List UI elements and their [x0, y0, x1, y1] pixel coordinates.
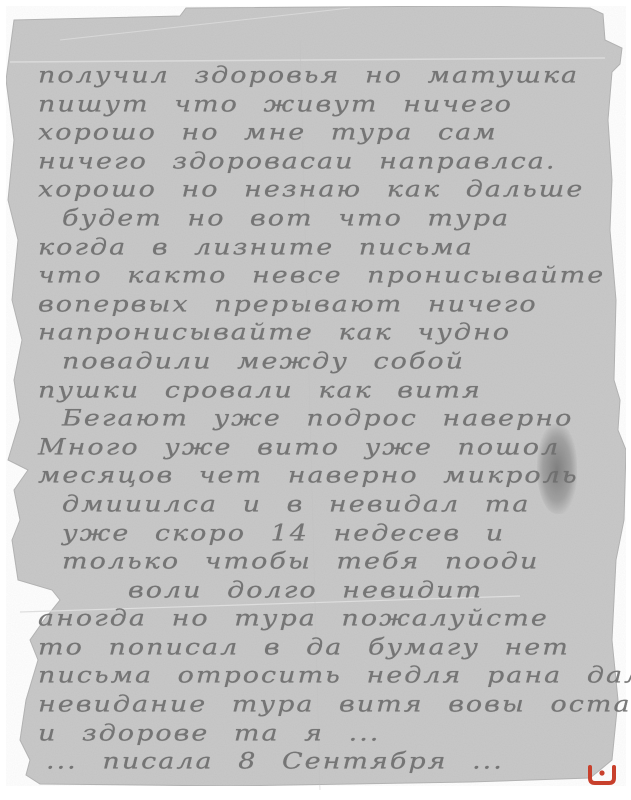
text-line: когда в лизните письма: [38, 236, 598, 259]
text-line: вопервых прерывают ничего: [38, 293, 598, 316]
text-line: ничего здоровасаи направлса.: [38, 150, 598, 173]
text-line: пушки сровали как витя: [38, 379, 598, 402]
text-line: дмииилса и в невидал та: [38, 493, 598, 516]
text-line: повадили между собой: [38, 351, 598, 374]
text-line: будет но вот что тура: [38, 208, 598, 231]
text-line: Бегают уже подрос наверно: [38, 408, 598, 431]
text-line: получил здоровья но матушка: [38, 65, 598, 88]
text-line: письма отросить недля рана далеко: [38, 665, 598, 688]
text-line: хорошо но мне тура сам: [38, 122, 598, 145]
text-line: невидание тура витя вовы остались: [38, 694, 598, 717]
red-corner-logo-icon: [587, 764, 617, 786]
text-line: хорошо но незнаю как дальше: [38, 179, 598, 202]
handwritten-text: получил здоровья но матушка пишут что жи…: [38, 62, 598, 777]
text-line: только чтобы тебя пооди: [38, 551, 598, 574]
text-line: уже скоро 14 недесев и: [38, 522, 598, 545]
text-line: Много уже вито уже пошол: [38, 436, 598, 459]
text-line: ... писала 8 Сентября ...: [38, 751, 598, 774]
text-line: что както невсе пронисывайте: [38, 265, 598, 288]
text-line: напронисывайте как чудно: [38, 322, 598, 345]
text-line: месяцов чет наверно микроль: [38, 465, 598, 488]
text-line: воли долго невидит: [38, 579, 598, 602]
scanned-letter: получил здоровья но матушка пишут что жи…: [0, 0, 631, 800]
text-line: и здорове та я ...: [38, 722, 598, 745]
text-line: пишут что живут ничего: [38, 93, 598, 116]
text-line: то пописал в да бумагу нет: [38, 636, 598, 659]
text-line: аногда но тура пожалуйсте: [38, 608, 598, 631]
